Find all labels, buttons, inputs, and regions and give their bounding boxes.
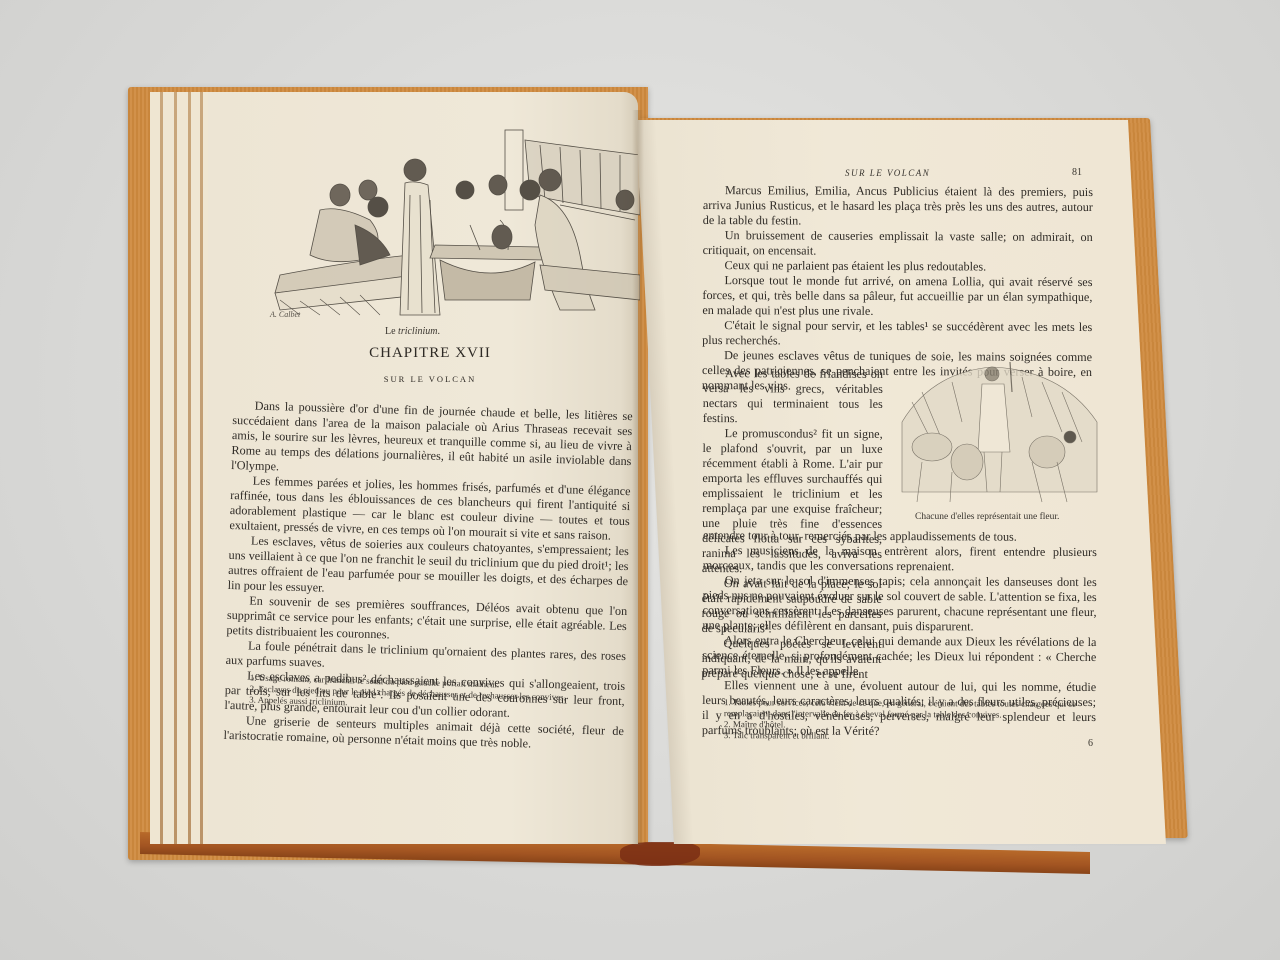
paragraph: On jeta sur le sol d'immenses tapis; cel… <box>702 573 1096 635</box>
chapter-title: CHAPITRE XVII <box>360 345 500 362</box>
paragraph: Avec les tables de friandises on versa l… <box>703 366 883 427</box>
page-number: 81 <box>1072 167 1082 178</box>
caption-text: Le <box>385 326 398 337</box>
dancers-drawing-icon <box>892 362 1102 510</box>
banquet-drawing-icon: A. Calbet <box>240 125 640 320</box>
footnote: 3. Talc transparent et brillant. <box>706 730 1106 743</box>
chapter-subtitle: SUR LE VOLCAN <box>360 374 500 384</box>
paragraph: Alors entra le Chercheur, celui qui dema… <box>702 633 1096 680</box>
signature-mark: 6 <box>1088 738 1093 749</box>
photo-background: A. Calbet Le triclinium. CHAPITRE XVII S… <box>0 0 1280 960</box>
footnote: 1. Tables pour services; cela vient de c… <box>706 697 1106 721</box>
paragraph: Les musiciens de la maison entrèrent alo… <box>703 543 1097 575</box>
page-edge-line <box>200 92 203 844</box>
paragraph: Marcus Emilius, Emilia, Ancus Publicius … <box>703 183 1093 230</box>
caption-italic-text: triclinium <box>398 326 437 337</box>
triclinium-illustration: A. Calbet <box>240 125 640 320</box>
dancers-caption: Chacune d'elles représentait une fleur. <box>915 512 1059 522</box>
running-head: SUR LE VOLCAN <box>845 168 930 178</box>
right-page-footnotes: 1. Tables pour services; cela vient de c… <box>706 697 1106 743</box>
paragraph: C'était le signal pour servir, et les ta… <box>702 318 1092 350</box>
paragraph: Un bruissement de causeries emplissait l… <box>703 228 1093 260</box>
artist-signature: A. Calbet <box>269 310 301 319</box>
page-edge-line <box>160 92 163 844</box>
book-gutter <box>632 110 644 845</box>
paragraph: Lorsque tout le monde fut arrivé, on ame… <box>702 273 1092 320</box>
fore-edge-page-stack <box>150 92 214 844</box>
torn-spine-headband <box>620 842 700 866</box>
paragraph: Les femmes parées et jolies, les hommes … <box>229 473 631 544</box>
paragraph: Les esclaves, vêtus de soieries aux coul… <box>228 533 630 604</box>
caption-suffix: . <box>438 326 441 337</box>
triclinium-caption: Le triclinium. <box>385 326 440 337</box>
paragraph: Dans la poussière d'or d'une fin de jour… <box>231 398 633 484</box>
page-edge-line <box>174 92 177 844</box>
flower-dancers-illustration <box>892 362 1102 510</box>
page-edge-line <box>188 92 191 844</box>
